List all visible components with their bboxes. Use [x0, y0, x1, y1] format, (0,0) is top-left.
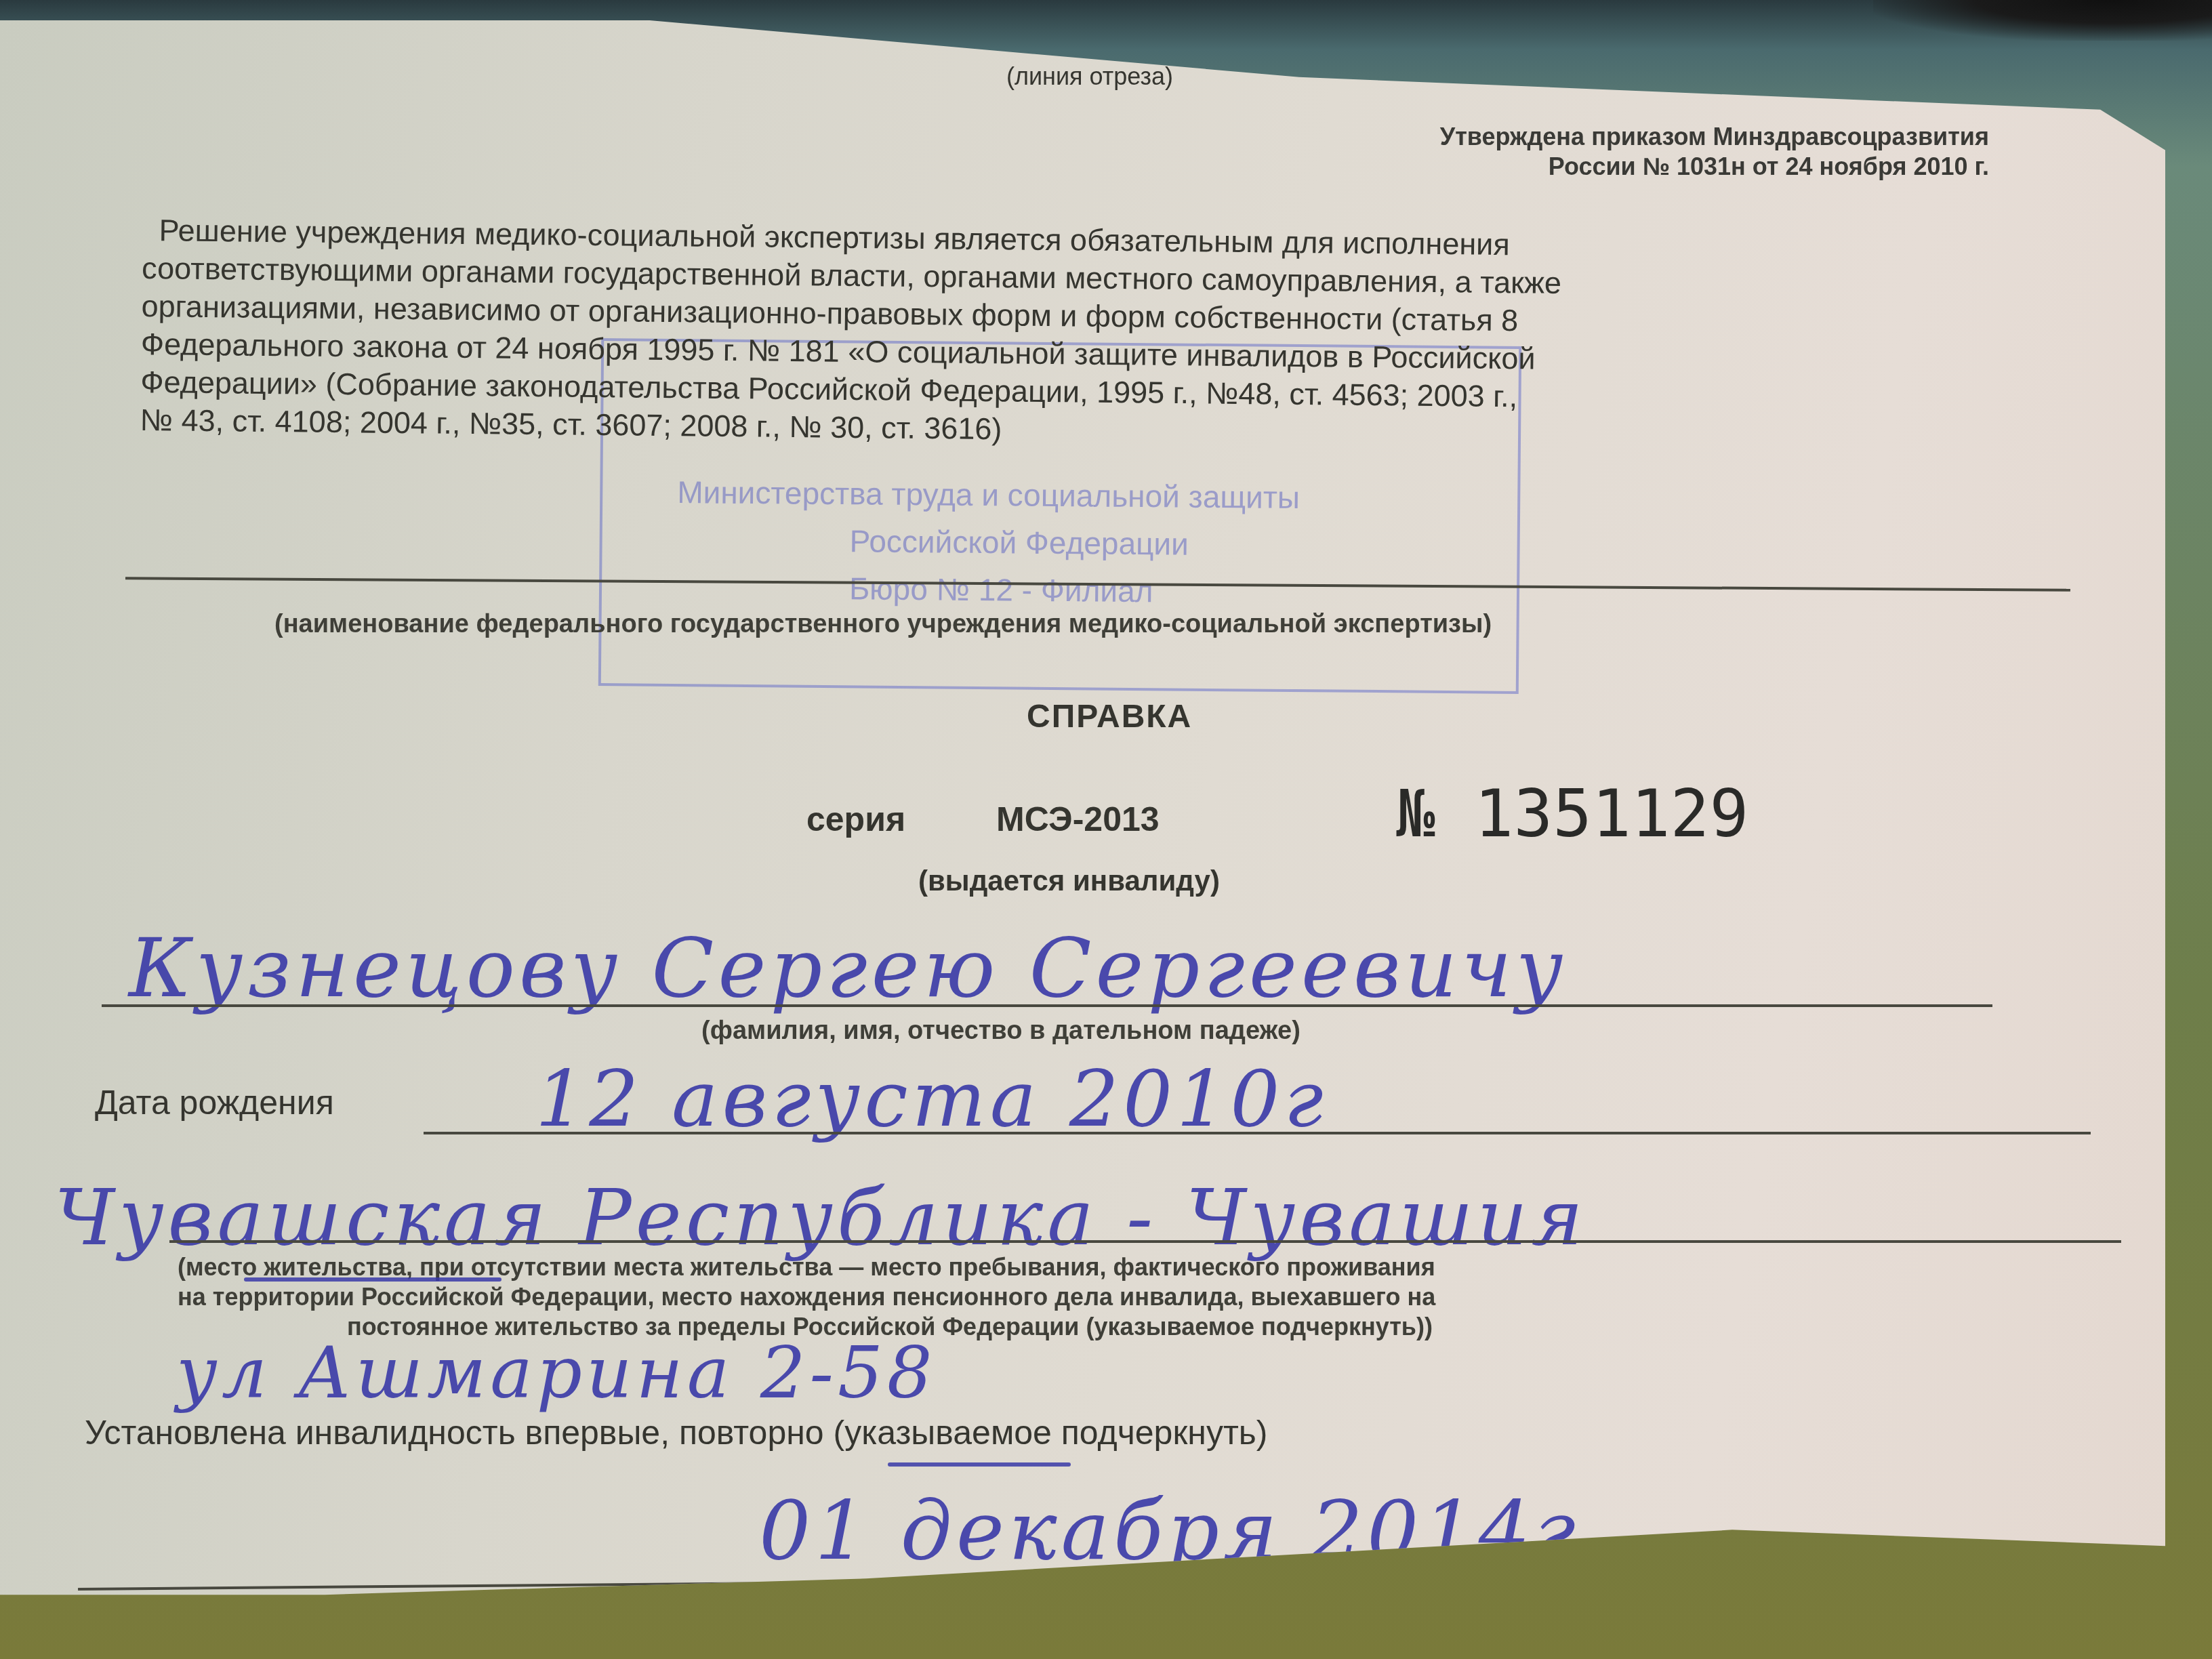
repeat-option: повторно: [679, 1414, 824, 1452]
background-shadow: [1873, 0, 2212, 41]
birth-date-line: [424, 1132, 2091, 1134]
underline-mark-repeat: [888, 1462, 1071, 1467]
underline-mark-residence: [244, 1277, 501, 1282]
birth-date-label: Дата рождения: [95, 1083, 334, 1122]
legal-paragraph: Решение учреждения медико-социальной экс…: [140, 211, 2060, 459]
residence-caption: (место жительства, при отсутствии места …: [178, 1252, 1435, 1342]
issued-to-caption: (выдается инвалиду): [918, 865, 1220, 897]
disability-date-caption: (дата установления инвалидности): [800, 1591, 1250, 1620]
series-value: МСЭ-2013: [996, 800, 1160, 839]
disability-date-handwritten: 01 декабря 2014г: [759, 1484, 1580, 1578]
residence-handwritten: Чувашская Республика - Чувашия: [54, 1172, 1587, 1263]
name-handwritten: Кузнецову Сергею Сергеевичу: [129, 922, 1567, 1016]
document-title: СПРАВКА: [1027, 698, 1192, 735]
disability-status-line: Установлена инвалидность впервые, повтор…: [85, 1413, 1268, 1452]
disability-certificate: (линия отреза) Утверждена приказом Минзд…: [0, 20, 2165, 1643]
address-handwritten: ул Ашмарина 2-58: [176, 1332, 937, 1414]
name-caption: (фамилия, имя, отчество в дательном паде…: [701, 1017, 1300, 1046]
certificate-number: № 1351129: [1396, 776, 1748, 852]
residence-line: [169, 1240, 2121, 1243]
birth-date-handwritten: 12 августа 2010г: [535, 1054, 1328, 1145]
approval-note: Утверждена приказом Минздравсоцразвития …: [1440, 122, 1989, 182]
disability-date-line: [78, 1570, 2104, 1591]
series-label: серия: [806, 800, 905, 839]
name-line: [102, 1004, 1992, 1007]
cut-line-label: (линия отреза): [1006, 62, 1173, 91]
institution-caption: (наименование федерального государственн…: [274, 610, 1492, 639]
